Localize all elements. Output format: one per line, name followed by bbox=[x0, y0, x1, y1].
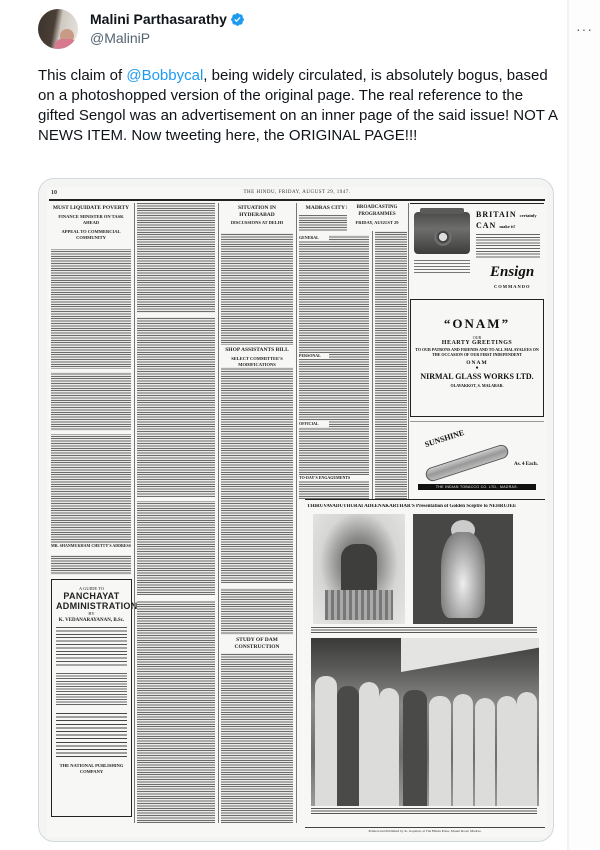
photo-caption-2 bbox=[311, 808, 537, 814]
column-1-lower-head: MR. SHANMUKHAM CHETTY'S ADDRESS bbox=[51, 543, 131, 555]
onam-message: TO OUR PATRONS AND FRIENDS AND TO ALL MA… bbox=[411, 347, 543, 357]
mention-link[interactable]: @Bobbycal bbox=[126, 67, 203, 84]
column-separator bbox=[134, 203, 135, 823]
person bbox=[429, 696, 451, 806]
panchayat-author: K. VEDANARAYANAN, B.Sc. bbox=[56, 618, 127, 623]
column-separator bbox=[296, 203, 297, 823]
column-4-text bbox=[299, 203, 369, 499]
person bbox=[337, 686, 359, 806]
panchayat-body-text-3 bbox=[56, 713, 127, 757]
avatar[interactable] bbox=[38, 9, 78, 49]
person bbox=[315, 676, 337, 806]
panchayat-body-text-2 bbox=[56, 673, 127, 707]
onam-title: “ONAM” bbox=[411, 316, 543, 332]
can-word: CAN bbox=[476, 221, 496, 230]
sunshine-company-bar: THE INDIAN TOBACCO CO. LTD., MADRAS. bbox=[418, 484, 536, 490]
ensign-camera-ad: BRITAIN certainly CAN make it! Ensign CO… bbox=[410, 203, 544, 295]
photo-feature-title: THIRUVAVADUTHURAI ADEENAKARTHAR'S Presen… bbox=[307, 504, 543, 509]
column-3-headline: SITUATION IN HYDERABAD bbox=[221, 205, 293, 218]
column-separator bbox=[372, 203, 373, 499]
person bbox=[517, 692, 537, 806]
camera-ad-body-text bbox=[476, 234, 540, 258]
tweet-media-image[interactable]: 10 THE HINDU, FRIDAY, AUGUST 29, 1947. M… bbox=[38, 178, 554, 842]
panchayat-title-1: PANCHAYAT bbox=[56, 591, 127, 601]
column-separator bbox=[408, 203, 409, 499]
column-3-text bbox=[221, 203, 293, 823]
column-1-kicker: APPEAL TO COMMERCIAL COMMUNITY bbox=[51, 229, 131, 242]
camera-top bbox=[420, 208, 464, 214]
person bbox=[453, 694, 473, 806]
column-3-headline-box: SITUATION IN HYDERABAD DISCUSSIONS AT DE… bbox=[221, 203, 293, 233]
sunshine-cigar-ad: SUNSHINE As. 4 Each. THE INDIAN TOBACCO … bbox=[410, 421, 544, 495]
tweet-text-part1: This claim of bbox=[38, 67, 126, 84]
column-3-lower-head: STUDY OF DAM CONSTRUCTION bbox=[221, 637, 293, 650]
column-3-subhead: DISCUSSIONS AT DELHI bbox=[221, 220, 293, 227]
awning bbox=[401, 638, 539, 672]
column-3-mid-head: SHOP ASSISTANTS BILL bbox=[221, 347, 293, 354]
column-4-section-engagements: TO-DAY'S ENGAGEMENTS bbox=[299, 475, 369, 481]
right-gutter bbox=[569, 0, 600, 850]
make-it-word: make it! bbox=[499, 224, 515, 229]
ensign-brand: Ensign bbox=[490, 264, 534, 281]
column-1-subhead: FINANCE MINISTER ON TASK AHEAD bbox=[51, 214, 131, 227]
column-4-section-general: GENERAL bbox=[299, 235, 329, 241]
column-5-subhead: FRIDAY, AUGUST 29 bbox=[347, 220, 407, 227]
person bbox=[379, 688, 399, 806]
photo-golden-sceptre bbox=[413, 514, 513, 624]
column-2-break bbox=[137, 595, 215, 601]
column-1-break bbox=[51, 431, 131, 434]
photo-seated-adheenam bbox=[313, 514, 405, 624]
person bbox=[497, 696, 517, 806]
britain-headline: BRITAIN certainly CAN make it! bbox=[476, 210, 537, 232]
panchayat-title-2: ADMINISTRATION bbox=[56, 601, 127, 611]
sceptre-photo-feature: THIRUVAVADUTHURAI ADEENAKARTHAR'S Presen… bbox=[305, 499, 545, 823]
masthead-rule bbox=[49, 199, 545, 201]
onam-location: OLAVAKKOT, S. MALABAR. bbox=[411, 383, 543, 388]
person bbox=[403, 690, 427, 806]
column-separator bbox=[218, 203, 219, 823]
author-display-name[interactable]: Malini Parthasarathy bbox=[90, 11, 227, 27]
column-3-break bbox=[221, 583, 293, 588]
camera-illustration bbox=[414, 212, 470, 254]
certainly-word: certainly bbox=[520, 213, 537, 218]
photo-caption-1 bbox=[311, 627, 537, 635]
commando-model: COMMANDO bbox=[494, 284, 531, 289]
sunshine-brand: SUNSHINE bbox=[424, 428, 466, 449]
photo-group-presentation bbox=[311, 638, 539, 806]
camera-lens bbox=[434, 228, 452, 246]
ornate-seat bbox=[325, 590, 393, 620]
panchayat-publisher: THE NATIONAL PUBLISHING COMPANY bbox=[56, 763, 127, 775]
tweet-header: Malini Parthasarathy @MaliniP ··· bbox=[38, 9, 558, 49]
column-3-mid-headline-box: SHOP ASSISTANTS BILL SELECT COMMITTEE'S … bbox=[221, 345, 293, 367]
newspaper-imprint: Printed and Published by K. Gopalan, at … bbox=[305, 827, 545, 835]
column-3-lower-headline-box: STUDY OF DAM CONSTRUCTION bbox=[221, 635, 293, 653]
column-5-headline: BROADCASTING PROGRAMMES bbox=[347, 205, 407, 218]
panchayat-book-ad: A GUIDE TO PANCHAYAT ADMINISTRATION BY K… bbox=[51, 579, 132, 817]
column-2-break bbox=[137, 497, 215, 501]
column-2-text bbox=[137, 203, 215, 823]
column-1-headline: MUST LIQUIDATE POVERTY bbox=[51, 205, 131, 212]
author-handle[interactable]: @MaliniP bbox=[90, 30, 150, 46]
sceptre-body bbox=[441, 532, 485, 618]
person bbox=[359, 682, 379, 806]
panchayat-body-text bbox=[56, 627, 127, 667]
cigar-illustration bbox=[424, 443, 510, 483]
newspaper-top-line: 10 THE HINDU, FRIDAY, AUGUST 29, 1947. bbox=[47, 187, 547, 199]
column-4-section-official: OFFICIAL bbox=[299, 421, 329, 427]
seated-figure bbox=[341, 544, 377, 594]
panchayat-by: BY bbox=[56, 611, 127, 616]
column-5-headline-box: BROADCASTING PROGRAMMES FRIDAY, AUGUST 2… bbox=[347, 203, 407, 231]
newspaper-page: 10 THE HINDU, FRIDAY, AUGUST 29, 1947. M… bbox=[47, 187, 547, 837]
page-number: 10 bbox=[51, 190, 57, 196]
onam-dot: ● bbox=[411, 366, 543, 371]
tweet: Malini Parthasarathy @MaliniP ··· This c… bbox=[0, 0, 567, 850]
column-1-headline-box: MUST LIQUIDATE POVERTY FINANCE MINISTER … bbox=[51, 203, 131, 249]
verified-badge-icon bbox=[230, 12, 245, 27]
column-1-break bbox=[51, 369, 131, 372]
avatar-shirt bbox=[54, 39, 78, 49]
column-4-section-personal: PERSONAL bbox=[299, 353, 329, 359]
column-5-text bbox=[375, 203, 407, 499]
person bbox=[475, 698, 495, 806]
column-2-break bbox=[137, 313, 215, 317]
newspaper-masthead: THE HINDU, FRIDAY, AUGUST 29, 1947. bbox=[197, 190, 397, 195]
camera-ad-caption bbox=[414, 260, 470, 274]
tweet-text: This claim of @Bobbycal, being widely ci… bbox=[38, 66, 558, 146]
onam-company: NIRMAL GLASS WORKS LTD. bbox=[411, 372, 543, 381]
more-options-icon[interactable]: ··· bbox=[576, 21, 593, 37]
sunshine-price: As. 4 Each. bbox=[514, 462, 538, 467]
britain-word: BRITAIN bbox=[476, 210, 517, 219]
column-1-text bbox=[51, 203, 131, 575]
column-3-mid-sub: SELECT COMMITTEE'S MODIFICATIONS bbox=[221, 356, 293, 369]
author-name-row: Malini Parthasarathy bbox=[90, 11, 245, 27]
onam-greetings-ad: “ONAM” OUR HEARTY GREETINGS TO OUR PATRO… bbox=[410, 299, 544, 417]
onam-greeting: HEARTY GREETINGS bbox=[411, 340, 543, 346]
